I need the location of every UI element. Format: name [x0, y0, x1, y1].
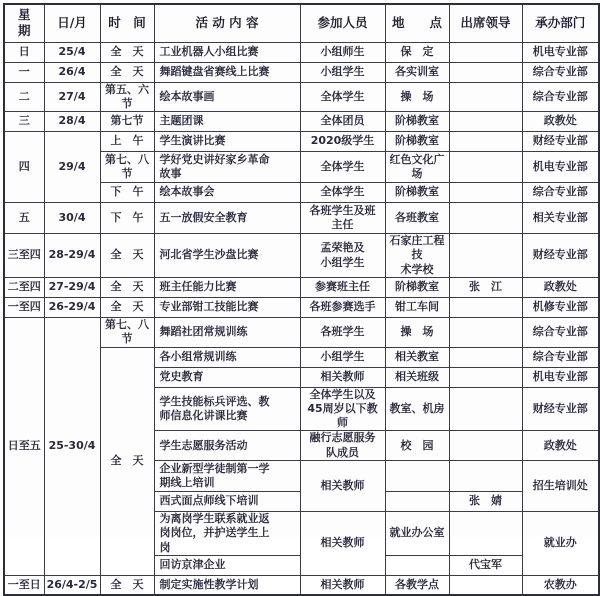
table-row: 三至四 28-29/4 全 天 河北省学生沙盘比赛 孟荣艳及 小组学生 石家庄工…	[4, 234, 599, 278]
cell-leader: 张 婧	[449, 492, 522, 512]
cell-activity: 绘本故事画	[154, 82, 300, 112]
cell-time: 全 天	[100, 62, 154, 82]
cell-activity: 西式面点师线下培训	[154, 492, 300, 512]
cell-date: 26/4	[44, 62, 100, 82]
cell-location: 阶梯教室	[385, 132, 449, 152]
cell-time: 全 天	[100, 575, 154, 595]
table-row: 一 26/4 全 天 舞蹈键盘省赛线上比赛 小组学生 各实训室 综合专业部	[4, 62, 599, 82]
cell-date: 27/4	[44, 82, 100, 112]
cell-participants: 参赛班主任	[300, 277, 385, 297]
document-page: 星 期 日/月 时 间 活 动 内 容 参加人员 地 点 出席领导 承办部门 日…	[0, 0, 600, 537]
cell-time: 全 天	[100, 347, 154, 575]
cell-participants: 相关教师	[300, 512, 385, 576]
cell-time: 下 午	[100, 183, 154, 203]
cell-department: 机修专业部	[522, 297, 599, 317]
header-department: 承办部门	[522, 4, 599, 42]
cell-department: 机电专业部	[522, 152, 599, 183]
cell-department: 政教处	[522, 431, 599, 461]
table-row: 一至日 26/4-2/5 全 天 制定实施性教学计划 相关教师 各教学点 农教办	[4, 575, 599, 595]
cell-week: 五	[4, 203, 44, 234]
cell-location: 阶梯教室	[385, 277, 449, 297]
cell-participants: 融行志愿服务 队成员	[300, 431, 385, 461]
cell-department: 财经专业部	[522, 234, 599, 278]
cell-leader	[449, 203, 522, 234]
cell-participants: 全体学生	[300, 82, 385, 112]
cell-date: 30/4	[44, 203, 100, 234]
cell-department: 综合专业部	[522, 317, 599, 347]
cell-department: 招生培训处	[522, 461, 599, 512]
cell-leader	[449, 183, 522, 203]
cell-leader	[449, 575, 522, 595]
cell-activity: 为离岗学生联系就业返 岗岗位，并护送学生上 岗	[154, 512, 300, 556]
cell-activity: 各小组常规训练	[154, 347, 300, 367]
table-row: 日 25/4 全 天 工业机器人小组比赛 小组师生 保 定 机电专业部	[4, 42, 599, 62]
cell-time: 上 午	[100, 132, 154, 152]
cell-time: 全 天	[100, 297, 154, 317]
cell-location: 校 园	[385, 431, 449, 461]
cell-participants: 小组学生	[300, 62, 385, 82]
cell-date: 26-29/4	[44, 297, 100, 317]
cell-leader	[449, 42, 522, 62]
cell-activity: 专业部钳工技能比赛	[154, 297, 300, 317]
cell-participants: 各班学生	[300, 317, 385, 347]
table-row: 日至五 25-30/4 第七、八节 舞蹈社团常规训练 各班学生 操 场 综合专业…	[4, 317, 599, 347]
cell-date: 29/4	[44, 132, 100, 203]
cell-activity: 工业机器人小组比赛	[154, 42, 300, 62]
cell-location: 操 场	[385, 317, 449, 347]
cell-leader	[449, 152, 522, 183]
cell-participants: 孟荣艳及 小组学生	[300, 234, 385, 278]
cell-activity: 班主任能力比赛	[154, 277, 300, 297]
cell-location	[385, 555, 449, 575]
cell-participants: 全体团员	[300, 112, 385, 132]
cell-activity: 学生志愿服务活动	[154, 431, 300, 461]
cell-location: 阶梯教室	[385, 183, 449, 203]
cell-time: 全 天	[100, 277, 154, 297]
cell-location: 教室、机房	[385, 387, 449, 431]
cell-department: 财经专业部	[522, 387, 599, 431]
cell-department: 综合专业部	[522, 62, 599, 82]
cell-participants: 各班学生及班 主任	[300, 203, 385, 234]
cell-leader	[449, 367, 522, 387]
cell-location: 各实训室	[385, 62, 449, 82]
cell-leader	[449, 387, 522, 431]
cell-activity: 学好党史讲好家乡革命 故事	[154, 152, 300, 183]
cell-activity: 制定实施性教学计划	[154, 575, 300, 595]
cell-time: 第七节	[100, 112, 154, 132]
cell-date: 28-29/4	[44, 234, 100, 278]
cell-week: 二	[4, 82, 44, 112]
cell-leader	[449, 461, 522, 492]
cell-week: 四	[4, 132, 44, 203]
header-time: 时 间	[100, 4, 154, 42]
cell-date: 25/4	[44, 42, 100, 62]
cell-leader	[449, 431, 522, 461]
header-leader: 出席领导	[449, 4, 522, 42]
cell-activity: 学生演讲比赛	[154, 132, 300, 152]
cell-leader	[449, 132, 522, 152]
cell-department: 就业办	[522, 512, 599, 576]
table-row: 三 28/4 第七节 主题团课 全体团员 阶梯教室 政教处	[4, 112, 599, 132]
cell-department: 机电专业部	[522, 367, 599, 387]
header-location: 地 点	[385, 4, 449, 42]
cell-week: 一至四	[4, 297, 44, 317]
header-date: 日/月	[44, 4, 100, 42]
cell-location: 就业办公室	[385, 512, 449, 556]
cell-activity: 五一放假安全教育	[154, 203, 300, 234]
cell-date: 28/4	[44, 112, 100, 132]
cell-leader	[449, 317, 522, 347]
cell-week: 一至日	[4, 575, 44, 595]
cell-time: 第七、八节	[100, 152, 154, 183]
cell-time: 全 天	[100, 234, 154, 278]
cell-time: 下 午	[100, 203, 154, 234]
cell-location: 各教学点	[385, 575, 449, 595]
cell-department: 综合专业部	[522, 347, 599, 367]
cell-week: 三	[4, 112, 44, 132]
cell-participants: 相关教师	[300, 367, 385, 387]
cell-leader	[449, 347, 522, 367]
cell-activity: 舞蹈键盘省赛线上比赛	[154, 62, 300, 82]
header-activity: 活 动 内 容	[154, 4, 300, 42]
cell-leader	[449, 82, 522, 112]
cell-location: 石家庄工程技 术学校	[385, 234, 449, 278]
cell-leader: 代宝军	[449, 555, 522, 575]
cell-department: 财经专业部	[522, 132, 599, 152]
header-row: 星 期 日/月 时 间 活 动 内 容 参加人员 地 点 出席领导 承办部门	[4, 4, 599, 42]
cell-leader	[449, 62, 522, 82]
cell-date: 27-29/4	[44, 277, 100, 297]
cell-location	[385, 492, 449, 512]
cell-location	[385, 461, 449, 492]
cell-department: 相关专业部	[522, 203, 599, 234]
schedule-table: 星 期 日/月 时 间 活 动 内 容 参加人员 地 点 出席领导 承办部门 日…	[3, 3, 600, 596]
cell-location: 阶梯教室	[385, 112, 449, 132]
cell-participants: 小组师生	[300, 42, 385, 62]
cell-activity: 企业新型学徒制第一学 期线上培训	[154, 461, 300, 492]
cell-department: 政教处	[522, 112, 599, 132]
cell-activity: 河北省学生沙盘比赛	[154, 234, 300, 278]
cell-leader	[449, 512, 522, 556]
cell-activity: 学生技能标兵评选、教 师信息化讲课比赛	[154, 387, 300, 431]
cell-department: 综合专业部	[522, 82, 599, 112]
cell-time: 第七、八节	[100, 317, 154, 347]
header-week: 星 期	[4, 4, 44, 42]
cell-week: 一	[4, 62, 44, 82]
table-row: 一至四 26-29/4 全 天 专业部钳工技能比赛 各班参赛选手 钳工车间 机修…	[4, 297, 599, 317]
cell-location: 红色文化广场	[385, 152, 449, 183]
cell-participants: 相关教师	[300, 461, 385, 512]
cell-department: 综合专业部	[522, 183, 599, 203]
table-row: 二 27/4 第五、六节 绘本故事画 全体学生 操 场 综合专业部	[4, 82, 599, 112]
cell-week: 三至四	[4, 234, 44, 278]
cell-time: 全 天	[100, 42, 154, 62]
cell-location: 钳工车间	[385, 297, 449, 317]
cell-participants: 全体学生	[300, 183, 385, 203]
cell-department: 机电专业部	[522, 42, 599, 62]
cell-activity: 党史教育	[154, 367, 300, 387]
header-participants: 参加人员	[300, 4, 385, 42]
cell-week: 日	[4, 42, 44, 62]
cell-date: 26/4-2/5	[44, 575, 100, 595]
cell-department: 农教办	[522, 575, 599, 595]
table-row: 五 30/4 下 午 五一放假安全教育 各班学生及班 主任 各班教室 相关专业部	[4, 203, 599, 234]
cell-location: 相关教室	[385, 347, 449, 367]
cell-leader: 张 江	[449, 277, 522, 297]
table-row: 二至四 27-29/4 全 天 班主任能力比赛 参赛班主任 阶梯教室 张 江 政…	[4, 277, 599, 297]
cell-participants: 小组学生	[300, 347, 385, 367]
cell-leader	[449, 112, 522, 132]
cell-leader	[449, 297, 522, 317]
cell-time: 第五、六节	[100, 82, 154, 112]
cell-participants: 2020级学生	[300, 132, 385, 152]
cell-location: 相关班级	[385, 367, 449, 387]
cell-participants: 全体学生	[300, 152, 385, 183]
cell-location: 保 定	[385, 42, 449, 62]
cell-activity: 绘本故事会	[154, 183, 300, 203]
table-row: 四 29/4 上 午 学生演讲比赛 2020级学生 阶梯教室 财经专业部	[4, 132, 599, 152]
cell-activity: 舞蹈社团常规训练	[154, 317, 300, 347]
cell-participants: 相关教师	[300, 575, 385, 595]
cell-leader	[449, 234, 522, 278]
cell-participants: 全体学生以及 45周岁以下教 师	[300, 387, 385, 431]
cell-location: 操 场	[385, 82, 449, 112]
cell-participants: 各班参赛选手	[300, 297, 385, 317]
cell-location: 各班教室	[385, 203, 449, 234]
cell-department: 政教处	[522, 277, 599, 297]
cell-activity: 回访京津企业	[154, 555, 300, 575]
cell-week: 二至四	[4, 277, 44, 297]
cell-activity: 主题团课	[154, 112, 300, 132]
